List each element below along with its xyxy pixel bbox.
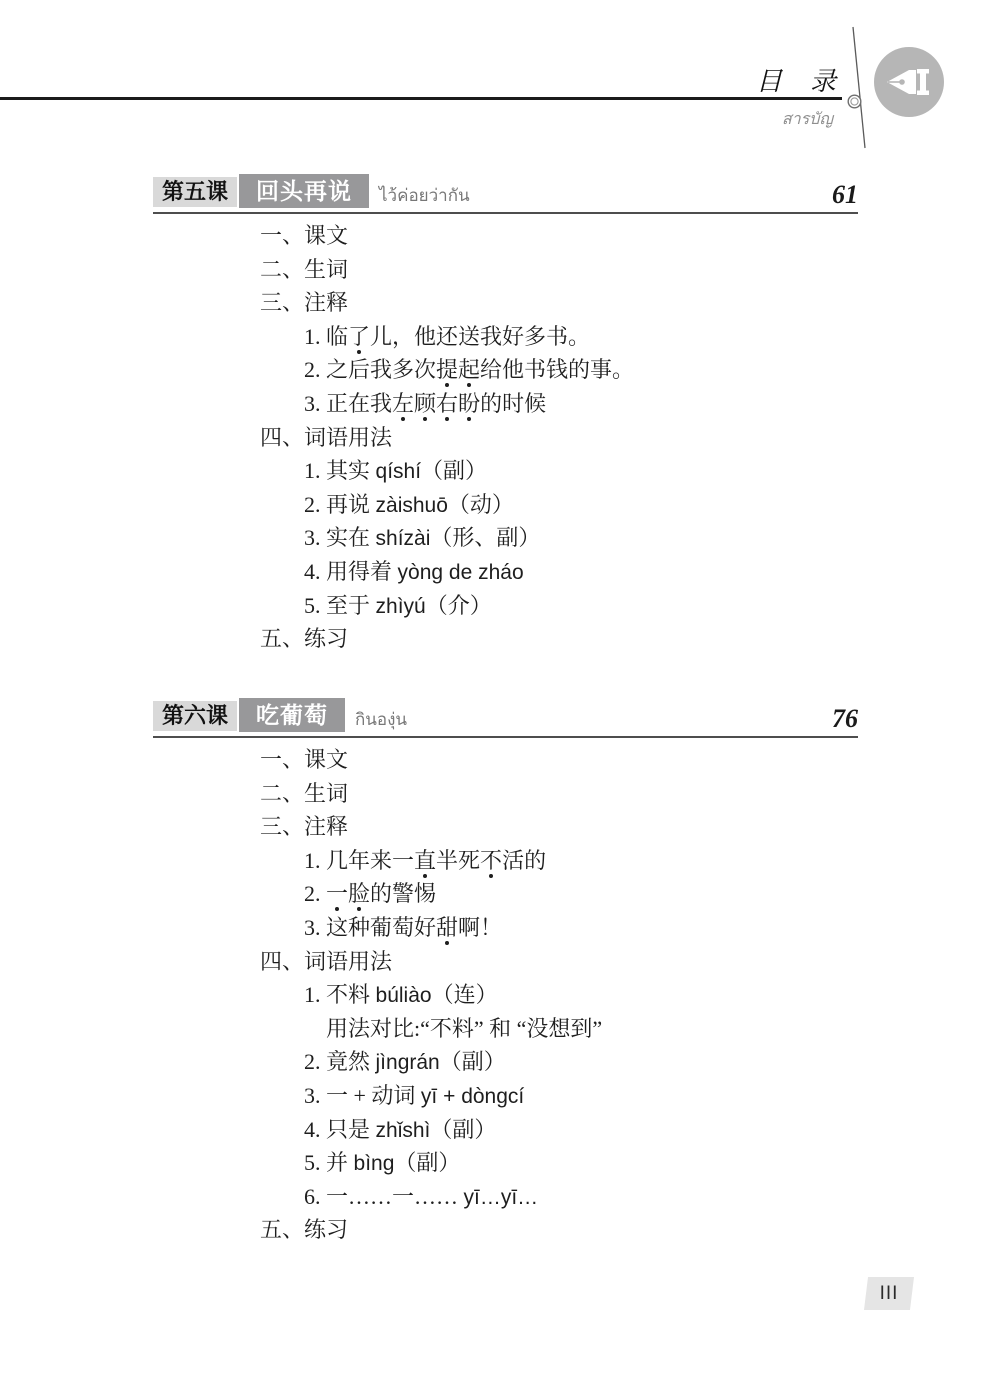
toc-entry: 1.其实 qíshí（副） bbox=[260, 454, 634, 488]
toc-entry-number: 5. bbox=[304, 1146, 326, 1180]
emphasized-char: 一 bbox=[326, 883, 348, 905]
lesson-header: 第六课吃葡萄กินองุ่น76 bbox=[153, 698, 858, 734]
toc-entry: 四、词语用法 bbox=[260, 421, 634, 455]
emphasized-char: 了 bbox=[348, 326, 370, 348]
toc-entry-text: 正在我左顾右盼的时候 bbox=[326, 391, 546, 416]
pinyin-text: zhìyú bbox=[376, 595, 426, 618]
lesson-header-rule bbox=[153, 736, 858, 738]
lesson-page-number: 76 bbox=[832, 704, 858, 734]
lesson-entries: 一、课文二、生词三、注释1.几年来一直半死不活的2.一脸的警惕3.这种葡萄好甜啊… bbox=[260, 743, 602, 1247]
toc-entry: 4.只是 zhǐshì（副） bbox=[260, 1113, 602, 1147]
toc-entry: 用法对比:“不料” 和 “没想到” bbox=[260, 1012, 602, 1046]
toc-entry: 四、词语用法 bbox=[260, 945, 602, 979]
emphasized-char: 右 bbox=[436, 393, 458, 415]
page-title: 目 录 bbox=[756, 61, 837, 98]
toc-entry-text: 不料 búliào（连） bbox=[326, 982, 498, 1007]
toc-entry-text: 用法对比:“不料” 和 “没想到” bbox=[326, 1016, 602, 1041]
toc-entry: 二、生词 bbox=[260, 777, 602, 811]
toc-entry-number: 1. bbox=[304, 978, 326, 1012]
toc-page: 目 录 สารบัญ 第五课回头再说ไว้ค่อยว่ากัน61一、课文二、生… bbox=[0, 0, 1005, 1400]
toc-entry: 2.之后我多次提起给他书钱的事。 bbox=[260, 353, 634, 387]
toc-entry-number: 1. bbox=[304, 320, 326, 354]
toc-entry: 1.几年来一直半死不活的 bbox=[260, 844, 602, 878]
pinyin-text: zhǐshì bbox=[376, 1119, 431, 1142]
toc-entry: 2.竟然 jìngrán（副） bbox=[260, 1045, 602, 1079]
toc-entry: 三、注释 bbox=[260, 286, 634, 320]
toc-entry: 五、练习 bbox=[260, 1213, 602, 1247]
toc-entry-text: 一……一…… yī…yī… bbox=[326, 1184, 538, 1209]
toc-entry-number: 3. bbox=[304, 911, 326, 945]
lesson-header-rule bbox=[153, 212, 858, 214]
toc-entry-text: 这种葡萄好甜啊！ bbox=[326, 915, 502, 940]
lesson-label: 第六课 bbox=[153, 701, 237, 731]
pinyin-text: yī + dòngcí bbox=[421, 1085, 524, 1108]
toc-entry-number: 3. bbox=[304, 1079, 326, 1113]
pinyin-text: shízài bbox=[376, 527, 431, 550]
toc-entry-number: 5. bbox=[304, 589, 326, 623]
toc-entry-number: 4. bbox=[304, 555, 326, 589]
toc-entry-number: 2. bbox=[304, 877, 326, 911]
pinyin-text: bìng bbox=[354, 1152, 395, 1175]
toc-entry-text: 之后我多次提起给他书钱的事。 bbox=[326, 357, 634, 382]
emphasized-char: 脸 bbox=[348, 883, 370, 905]
lesson-title-thai: ไว้ค่อยว่ากัน bbox=[379, 182, 470, 209]
toc-entry-text: 用得着 yòng de zháo bbox=[326, 559, 524, 584]
toc-entry: 1.临了儿，他还送我好多书。 bbox=[260, 320, 634, 354]
emphasized-char: 不 bbox=[480, 850, 502, 872]
toc-entry-number: 3. bbox=[304, 521, 326, 555]
toc-entry-text: 并 bìng（副） bbox=[326, 1150, 460, 1175]
toc-entry-text: 只是 zhǐshì（副） bbox=[326, 1117, 496, 1142]
pinyin-text: yòng de zháo bbox=[398, 561, 524, 584]
pinyin-text: qíshí bbox=[376, 460, 422, 483]
toc-entry-text: 其实 qíshí（副） bbox=[326, 458, 487, 483]
toc-entry: 3.正在我左顾右盼的时候 bbox=[260, 387, 634, 421]
toc-entry: 5.并 bìng（副） bbox=[260, 1146, 602, 1180]
toc-entry: 3.这种葡萄好甜啊！ bbox=[260, 911, 602, 945]
emphasized-char: 直 bbox=[414, 850, 436, 872]
pinyin-text: zàishuō bbox=[376, 494, 448, 517]
toc-entry: 2.再说 zàishuō（动） bbox=[260, 488, 634, 522]
toc-entry-number: 1. bbox=[304, 844, 326, 878]
toc-entry: 1.不料 búliào（连） bbox=[260, 978, 602, 1012]
toc-entry-text: 几年来一直半死不活的 bbox=[326, 848, 546, 873]
header-rule bbox=[0, 97, 842, 100]
toc-entry-number: 2. bbox=[304, 1045, 326, 1079]
pinyin-text: búliào bbox=[376, 984, 432, 1007]
toc-entry: 五、练习 bbox=[260, 622, 634, 656]
toc-entry: 2.一脸的警惕 bbox=[260, 877, 602, 911]
toc-entry-number: 2. bbox=[304, 353, 326, 387]
toc-entry-number: 3. bbox=[304, 387, 326, 421]
toc-entry: 4.用得着 yòng de zháo bbox=[260, 555, 634, 589]
toc-entry-text: 一脸的警惕 bbox=[326, 881, 436, 906]
toc-entry-text: 实在 shízài（形、副） bbox=[326, 525, 540, 550]
toc-entry-text: 竟然 jìngrán（副） bbox=[326, 1049, 506, 1074]
emphasized-char: 盼 bbox=[458, 393, 480, 415]
toc-entry-number: 6. bbox=[304, 1180, 326, 1214]
toc-entry-text: 一 + 动词 yī + dòngcí bbox=[326, 1083, 524, 1108]
page-title-thai: สารบัญ bbox=[782, 107, 833, 132]
toc-entry: 三、注释 bbox=[260, 810, 602, 844]
page-number-badge: III bbox=[864, 1277, 914, 1310]
toc-entry: 3.一 + 动词 yī + dòngcí bbox=[260, 1079, 602, 1113]
toc-entry: 5.至于 zhìyú（介） bbox=[260, 589, 634, 623]
lesson-title: 吃葡萄 bbox=[239, 698, 345, 732]
emphasized-char: 起 bbox=[458, 359, 480, 381]
lesson-page-number: 61 bbox=[832, 180, 858, 210]
pen-nib-icon bbox=[874, 47, 944, 117]
lesson-header: 第五课回头再说ไว้ค่อยว่ากัน61 bbox=[153, 174, 858, 210]
toc-entry-text: 至于 zhìyú（介） bbox=[326, 593, 492, 618]
toc-entry: 二、生词 bbox=[260, 253, 634, 287]
toc-entry-number: 2. bbox=[304, 488, 326, 522]
toc-entry-number: 4. bbox=[304, 1113, 326, 1147]
pinyin-text: jìngrán bbox=[376, 1051, 440, 1074]
toc-entry-text: 再说 zàishuō（动） bbox=[326, 492, 514, 517]
toc-entry: 6.一……一…… yī…yī… bbox=[260, 1180, 602, 1214]
lesson-label: 第五课 bbox=[153, 177, 237, 207]
emphasized-char: 顾 bbox=[414, 393, 436, 415]
toc-entry: 3.实在 shízài（形、副） bbox=[260, 521, 634, 555]
pinyin-text: yī…yī… bbox=[464, 1186, 539, 1209]
lesson-title: 回头再说 bbox=[239, 174, 369, 208]
toc-entry-number: 1. bbox=[304, 454, 326, 488]
toc-entry: 一、课文 bbox=[260, 219, 634, 253]
emphasized-char: 提 bbox=[436, 359, 458, 381]
lesson-entries: 一、课文二、生词三、注释1.临了儿，他还送我好多书。2.之后我多次提起给他书钱的… bbox=[260, 219, 634, 656]
page-number: III bbox=[866, 1277, 912, 1310]
lesson-title-thai: กินองุ่น bbox=[355, 706, 407, 733]
toc-entry-text: 临了儿，他还送我好多书。 bbox=[326, 324, 590, 349]
emphasized-char: 甜 bbox=[436, 917, 458, 939]
emphasized-char: 左 bbox=[392, 393, 414, 415]
toc-entry: 一、课文 bbox=[260, 743, 602, 777]
